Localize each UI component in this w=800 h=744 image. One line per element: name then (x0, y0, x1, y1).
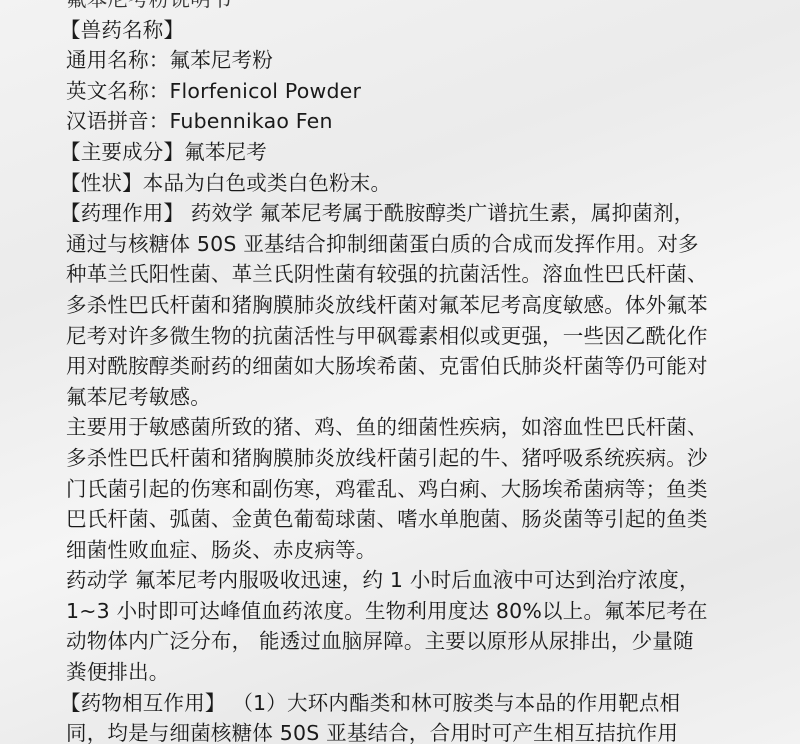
pharmacokinetics-line: 动物体内广泛分布， 能透过血脑屏障。主要以原形从尿排出，少量随 (66, 626, 766, 657)
drug-interaction-line: 同，均是与细菌核糖体 50S 亚基结合，合用时可产生相互拮抗作用 (66, 718, 766, 744)
document-title: 氟苯尼考粉说明书 (66, 0, 766, 15)
indications-line: 多杀性巴氏杆菌和猪胸膜肺炎放线杆菌引起的牛、猪呼吸系统疾病。沙 (66, 443, 766, 474)
pharmacology-line: 尼考对许多微生物的抗菌活性与甲砜霉素相似或更强，一些因乙酰化作 (66, 321, 766, 352)
pharmacology-line: 多杀性巴氏杆菌和猪胸膜肺炎放线杆菌对氟苯尼考高度敏感。体外氟苯 (66, 290, 766, 321)
appearance-line: 【性状】本品为白色或类白色粉末。 (60, 168, 766, 199)
indications-line: 主要用于敏感菌所致的猪、鸡、鱼的细菌性疾病，如溶血性巴氏杆菌、 (66, 412, 766, 443)
section-heading-drug-name: 【兽药名称】 (60, 15, 766, 46)
pharmacology-line: 用对酰胺醇类耐药的细菌如大肠埃希菌、克雷伯氏肺炎杆菌等仍可能对 (66, 351, 766, 382)
indications-line: 巴氏杆菌、弧菌、金黄色葡萄球菌、嗜水单胞菌、肠炎菌等引起的鱼类 (66, 504, 766, 535)
indications-line: 门氏菌引起的伤寒和副伤寒，鸡霍乱、鸡白痢、大肠埃希菌病等；鱼类 (66, 474, 766, 505)
pharmacokinetics-line: 粪便排出。 (66, 657, 766, 688)
pharmacology-line: 【药理作用】 药效学 氟苯尼考属于酰胺醇类广谱抗生素，属抑菌剂， (60, 198, 766, 229)
pharmacokinetics-line: 药动学 氟苯尼考内服吸收迅速，约 1 小时后血液中可达到治疗浓度， (66, 565, 766, 596)
pharmacology-line: 通过与核糖体 50S 亚基结合抑制细菌蛋白质的合成而发挥作用。对多 (66, 229, 766, 260)
pinyin-line: 汉语拼音：Fubennikao Fen (66, 106, 766, 137)
pharmacokinetics-line: 1~3 小时即可达峰值血药浓度。生物利用度达 80%以上。氟苯尼考在 (66, 596, 766, 627)
english-name-line: 英文名称：Florfenicol Powder (66, 76, 766, 107)
pharmacology-line: 氟苯尼考敏感。 (66, 382, 766, 413)
indications-line: 细菌性败血症、肠炎、赤皮病等。 (66, 535, 766, 566)
pharmacology-line: 种革兰氏阳性菌、革兰氏阴性菌有较强的抗菌活性。溶血性巴氏杆菌、 (66, 259, 766, 290)
generic-name-line: 通用名称：氟苯尼考粉 (66, 45, 766, 76)
main-ingredient-line: 【主要成分】氟苯尼考 (60, 137, 766, 168)
document-body: 氟苯尼考粉说明书 【兽药名称】 通用名称：氟苯尼考粉 英文名称：Florfeni… (66, 0, 766, 744)
drug-interaction-line: 【药物相互作用】 （1）大环内酯类和林可胺类与本品的作用靶点相 (60, 688, 766, 719)
